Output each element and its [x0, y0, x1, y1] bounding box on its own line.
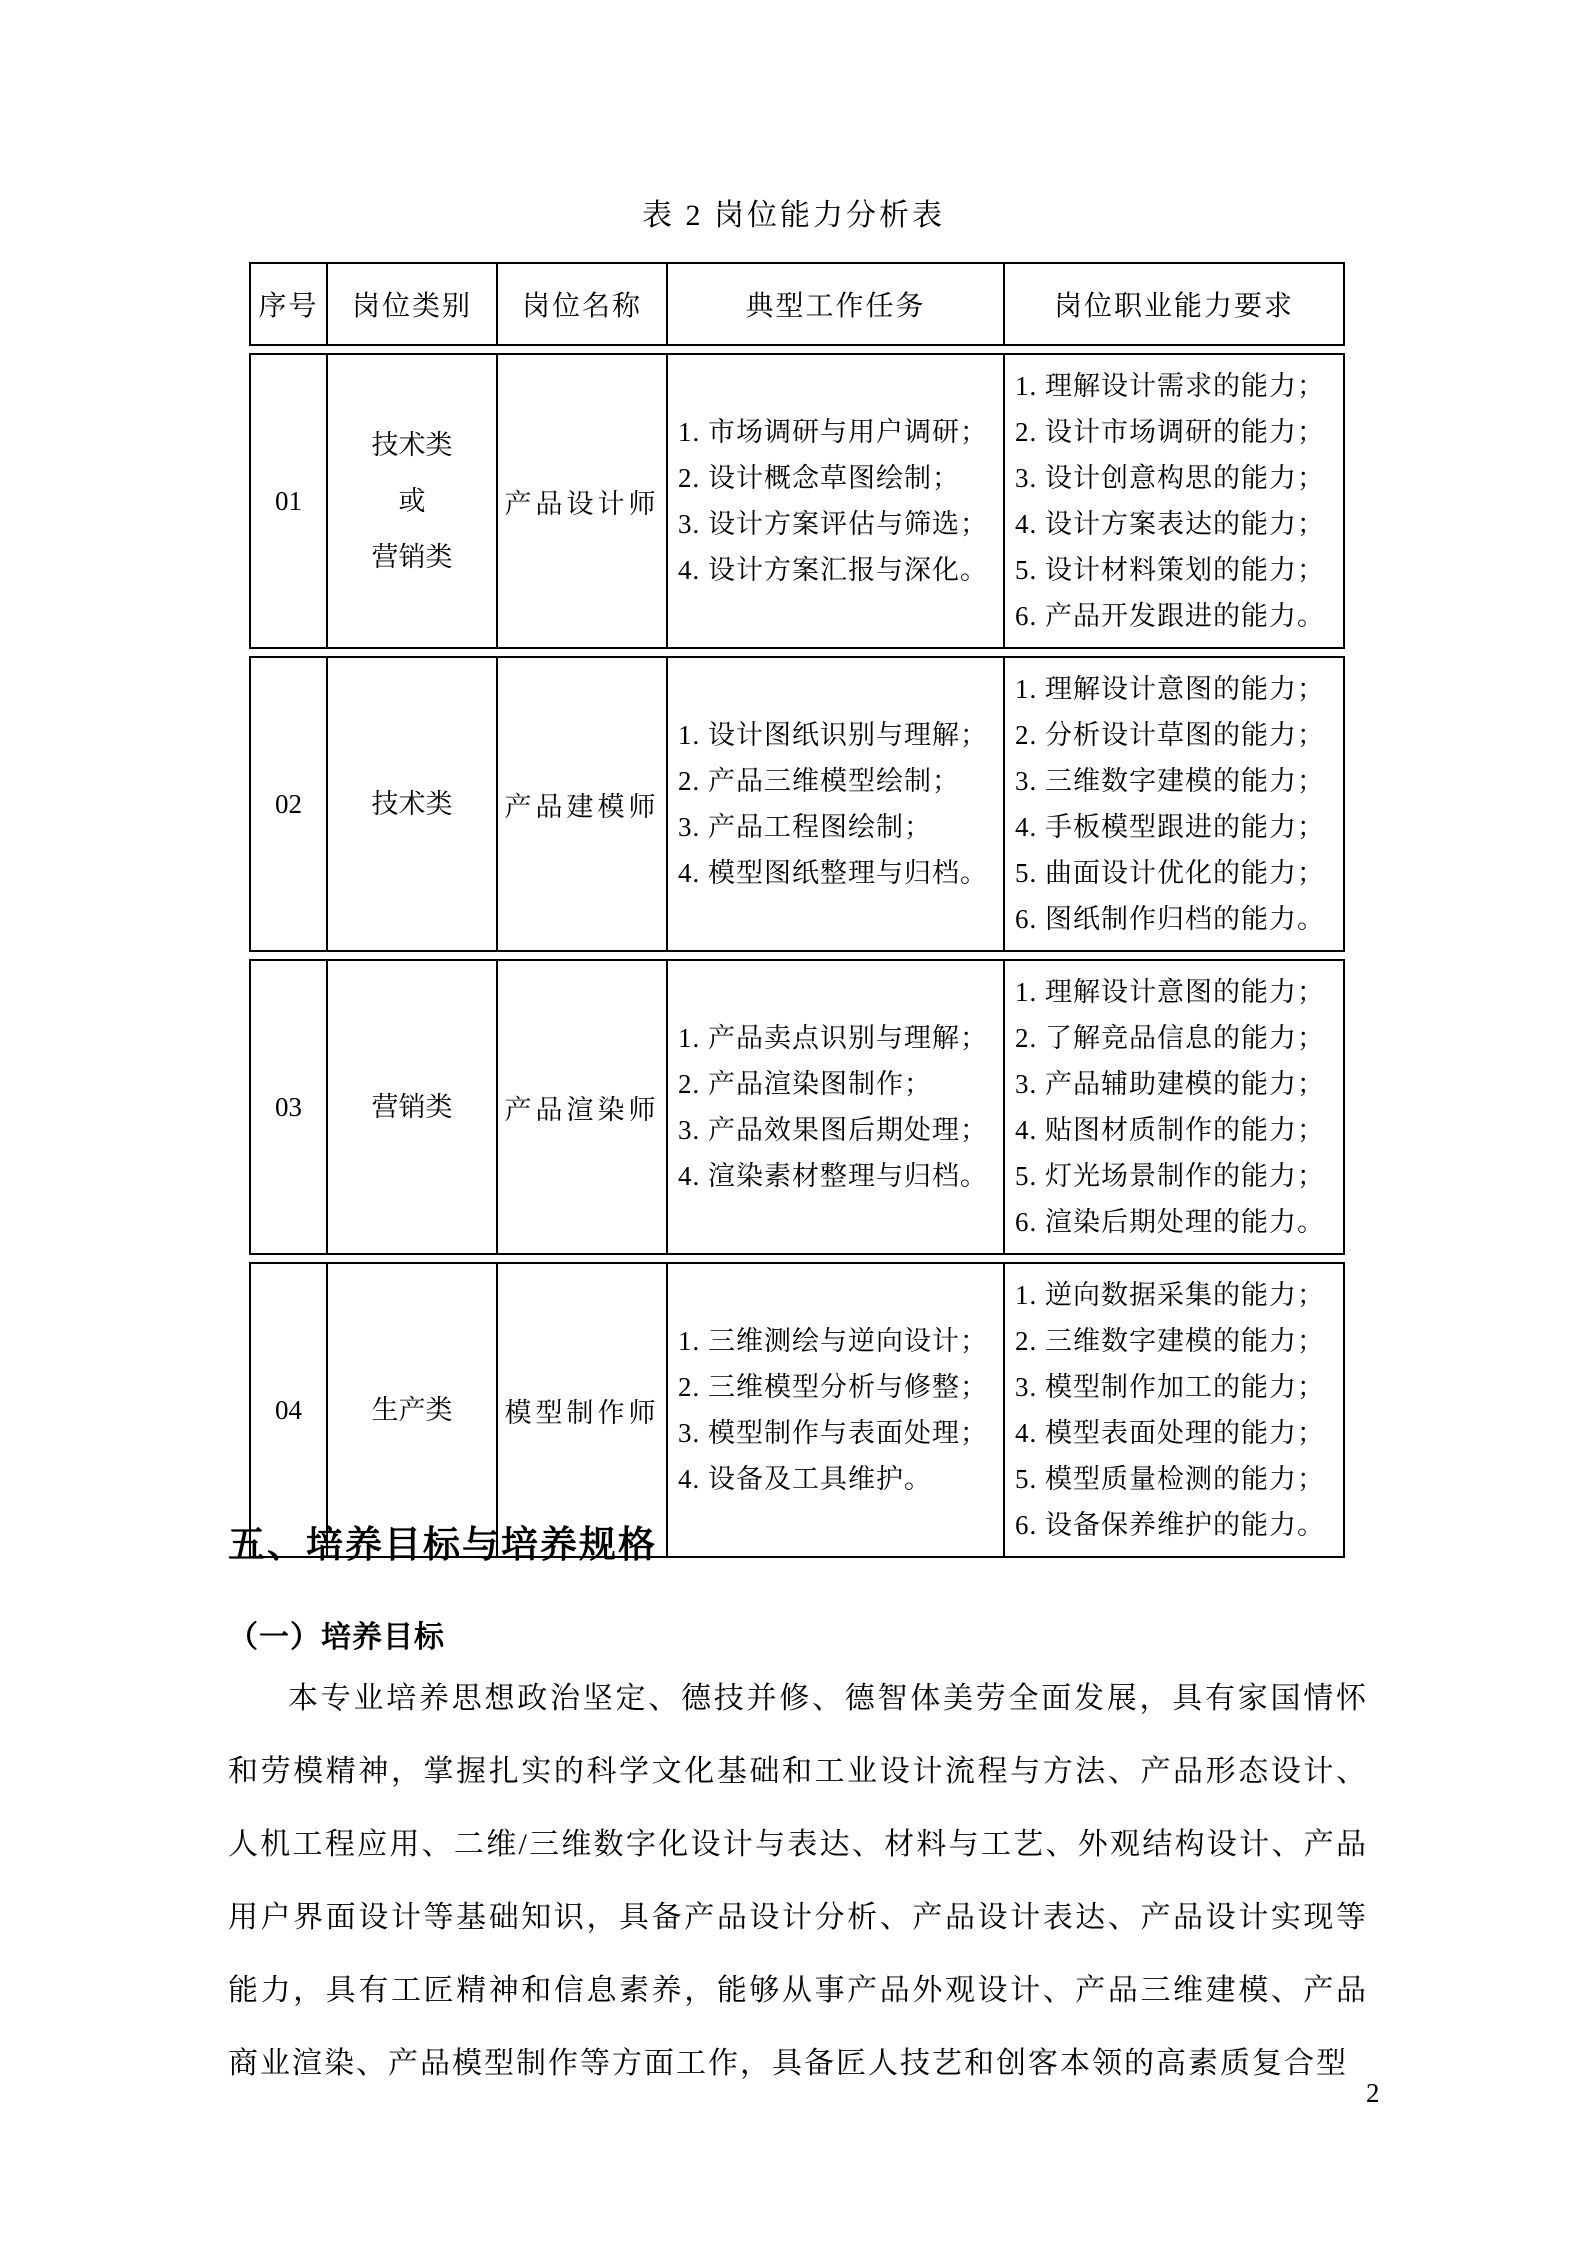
ability-item: 3. 模型制作加工的能力；	[1015, 1364, 1325, 1410]
category-line: 或	[399, 473, 426, 529]
task-item: 1. 三维测绘与逆向设计；	[678, 1318, 988, 1364]
ability-item: 1. 理解设计意图的能力；	[1015, 969, 1325, 1015]
cell-category: 技术类 或 营销类	[326, 355, 496, 647]
cell-abilities: 1. 逆向数据采集的能力； 2. 三维数字建模的能力； 3. 模型制作加工的能力…	[1003, 1264, 1343, 1556]
ability-item: 6. 渲染后期处理的能力。	[1015, 1199, 1325, 1245]
category-line: 技术类	[372, 776, 453, 832]
task-item: 3. 模型制作与表面处理；	[678, 1410, 988, 1456]
category-line: 技术类	[372, 417, 453, 473]
ability-item: 5. 曲面设计优化的能力；	[1015, 850, 1325, 896]
task-item: 1. 市场调研与用户调研；	[678, 409, 988, 455]
ability-item: 3. 设计创意构思的能力；	[1015, 455, 1325, 501]
cell-tasks: 1. 产品卖点识别与理解； 2. 产品渲染图制作； 3. 产品效果图后期处理； …	[666, 961, 1003, 1253]
task-item: 3. 产品工程图绘制；	[678, 804, 932, 850]
cell-serial: 01	[251, 355, 326, 647]
ability-item: 2. 分析设计草图的能力；	[1015, 712, 1325, 758]
category-line: 营销类	[372, 1079, 453, 1135]
header-cell-abilities: 岗位职业能力要求	[1003, 264, 1343, 344]
ability-item: 3. 三维数字建模的能力；	[1015, 758, 1325, 804]
cell-tasks: 1. 市场调研与用户调研； 2. 设计概念草图绘制； 3. 设计方案评估与筛选；…	[666, 355, 1003, 647]
ability-item: 4. 设计方案表达的能力；	[1015, 501, 1325, 547]
ability-item: 6. 产品开发跟进的能力。	[1015, 593, 1325, 639]
ability-item: 5. 灯光场景制作的能力；	[1015, 1153, 1325, 1199]
cell-job-name: 模型制作师	[496, 1264, 666, 1556]
task-item: 1. 产品卖点识别与理解；	[678, 1015, 988, 1061]
table-title: 表 2 岗位能力分析表	[0, 190, 1587, 234]
ability-item: 6. 设备保养维护的能力。	[1015, 1502, 1325, 1548]
cell-job-name: 产品设计师	[496, 355, 666, 647]
category-line: 生产类	[372, 1382, 453, 1438]
ability-item: 4. 手板模型跟进的能力；	[1015, 804, 1325, 850]
ability-item: 1. 理解设计需求的能力；	[1015, 363, 1325, 409]
ability-item: 2. 三维数字建模的能力；	[1015, 1318, 1325, 1364]
task-item: 1. 设计图纸识别与理解；	[678, 712, 988, 758]
cell-abilities: 1. 理解设计意图的能力； 2. 了解竞品信息的能力； 3. 产品辅助建模的能力…	[1003, 961, 1343, 1253]
cell-job-name: 产品渲染师	[496, 961, 666, 1253]
header-cell-tasks: 典型工作任务	[666, 264, 1003, 344]
table-row: 01 技术类 或 营销类 产品设计师 1. 市场调研与用户调研； 2. 设计概念…	[249, 353, 1345, 649]
task-item: 4. 设备及工具维护。	[678, 1456, 932, 1502]
ability-item: 5. 设计材料策划的能力；	[1015, 547, 1325, 593]
task-item: 2. 产品渲染图制作；	[678, 1061, 932, 1107]
document-page: 表 2 岗位能力分析表 序号 岗位类别 岗位名称 典型工作任务 岗位职业能力要求…	[0, 0, 1587, 2245]
ability-item: 5. 模型质量检测的能力；	[1015, 1456, 1325, 1502]
cell-category: 生产类	[326, 1264, 496, 1556]
task-item: 3. 设计方案评估与筛选；	[678, 501, 988, 547]
header-cell-category: 岗位类别	[326, 264, 496, 344]
ability-item: 4. 贴图材质制作的能力；	[1015, 1107, 1325, 1153]
cell-abilities: 1. 理解设计需求的能力； 2. 设计市场调研的能力； 3. 设计创意构思的能力…	[1003, 355, 1343, 647]
task-item: 4. 渲染素材整理与归档。	[678, 1153, 988, 1199]
table-row: 03 营销类 产品渲染师 1. 产品卖点识别与理解； 2. 产品渲染图制作； 3…	[249, 959, 1345, 1255]
cell-tasks: 1. 设计图纸识别与理解； 2. 产品三维模型绘制； 3. 产品工程图绘制； 4…	[666, 658, 1003, 950]
cell-category: 技术类	[326, 658, 496, 950]
ability-item: 1. 理解设计意图的能力；	[1015, 666, 1325, 712]
header-cell-job-name: 岗位名称	[496, 264, 666, 344]
task-item: 4. 设计方案汇报与深化。	[678, 547, 988, 593]
cell-category: 营销类	[326, 961, 496, 1253]
task-item: 2. 设计概念草图绘制；	[678, 455, 960, 501]
ability-item: 6. 图纸制作归档的能力。	[1015, 896, 1325, 942]
table-row: 02 技术类 产品建模师 1. 设计图纸识别与理解； 2. 产品三维模型绘制； …	[249, 656, 1345, 952]
cell-tasks: 1. 三维测绘与逆向设计； 2. 三维模型分析与修整； 3. 模型制作与表面处理…	[666, 1264, 1003, 1556]
cell-abilities: 1. 理解设计意图的能力； 2. 分析设计草图的能力； 3. 三维数字建模的能力…	[1003, 658, 1343, 950]
training-objective-paragraph: 本专业培养思想政治坚定、德技并修、德智体美劳全面发展，具有家国情怀和劳模精神，掌…	[228, 1662, 1368, 2100]
task-item: 2. 三维模型分析与修整；	[678, 1364, 988, 1410]
table-header-row: 序号 岗位类别 岗位名称 典型工作任务 岗位职业能力要求	[249, 262, 1345, 346]
task-item: 3. 产品效果图后期处理；	[678, 1107, 988, 1153]
ability-item: 1. 逆向数据采集的能力；	[1015, 1272, 1325, 1318]
subsection-heading: （一）培养目标	[228, 1612, 445, 1656]
ability-item: 4. 模型表面处理的能力；	[1015, 1410, 1325, 1456]
cell-serial: 04	[251, 1264, 326, 1556]
cell-serial: 02	[251, 658, 326, 950]
page-number: 2	[1366, 2078, 1380, 2109]
header-cell-serial: 序号	[251, 264, 326, 344]
capability-table: 序号 岗位类别 岗位名称 典型工作任务 岗位职业能力要求 01 技术类 或 营销…	[249, 262, 1345, 1558]
task-item: 2. 产品三维模型绘制；	[678, 758, 960, 804]
task-item: 4. 模型图纸整理与归档。	[678, 850, 988, 896]
section-heading: 五、培养目标与培养规格	[228, 1514, 657, 1568]
ability-item: 2. 设计市场调研的能力；	[1015, 409, 1325, 455]
cell-serial: 03	[251, 961, 326, 1253]
ability-item: 2. 了解竞品信息的能力；	[1015, 1015, 1325, 1061]
cell-job-name: 产品建模师	[496, 658, 666, 950]
ability-item: 3. 产品辅助建模的能力；	[1015, 1061, 1325, 1107]
category-line: 营销类	[372, 529, 453, 585]
